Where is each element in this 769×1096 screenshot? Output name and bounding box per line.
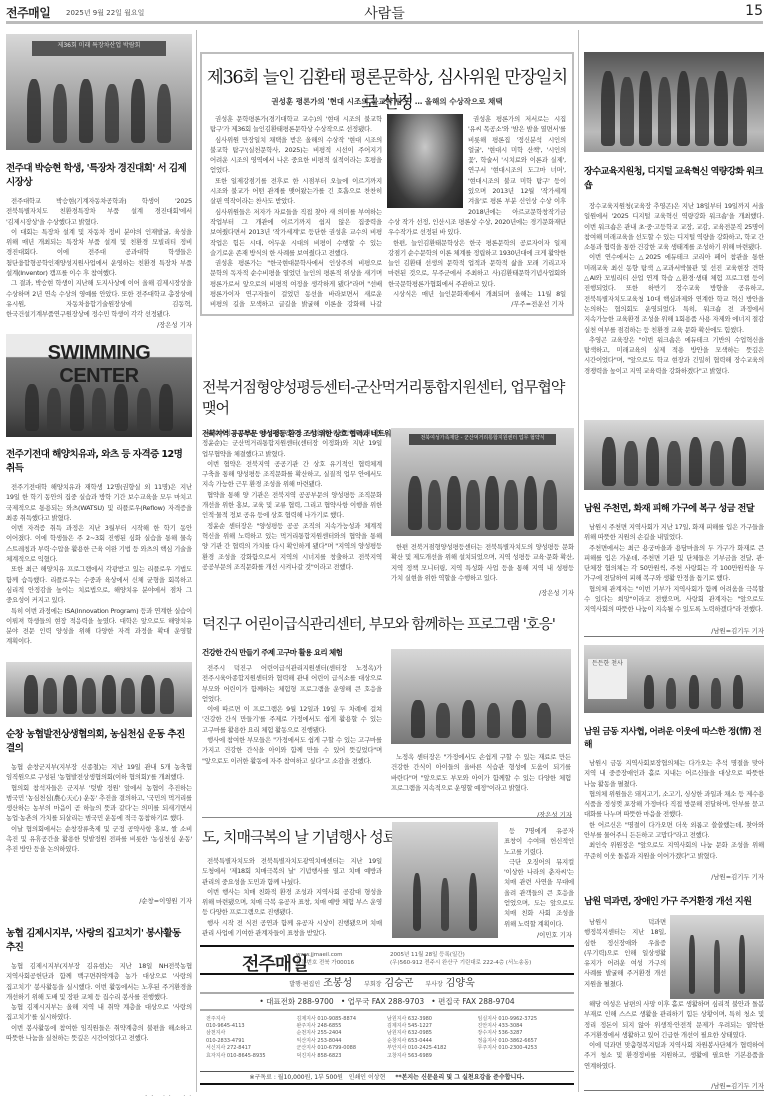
- section-title: 사람들: [6, 3, 763, 23]
- headline: 전주대 박승현 학생, '특장차 경진대회' 서 김제시장상: [6, 160, 192, 188]
- paragraph: 이 대회는 특장차 설계 및 자동차 정비 분야의 인재발굴, 육성을 위해 매…: [6, 227, 192, 278]
- branch-entry: 삼천지사: [206, 1030, 297, 1037]
- article-namwon-deokgwa: 남원 덕과면, 장애인 가구 주거환경 개선 지원 남원시 덕과면 행정복지센터…: [584, 893, 764, 1090]
- photo-people: [21, 384, 177, 430]
- headline: 농협 김제시지부, '사랑의 집고치기' 봉사활동 추진: [6, 925, 192, 953]
- paragraph: 그 결과, 박승현 학생이 지난해 도지사상에 이어 올해 김제시장상을 수상하…: [6, 278, 192, 319]
- byline: /장은성 기자: [6, 320, 192, 329]
- article-body-left: 전북여성가족재단 여성평등연구소 거점형양성평등센터(센터장 정윤순)는 군산먹…: [202, 428, 382, 608]
- article-photo: 든든한 천사: [584, 645, 764, 713]
- article-jangsu-edu: 장수교육지원청, 디지털 교육혁신 역량강화 워크숍 장수교육지원청(교육장 추…: [584, 52, 764, 447]
- article-body-left: 전주시 덕진구 어린이급식관리지원센터(센터장 노정옥)가 전주시육아종합지원센…: [202, 663, 382, 808]
- photo-people: [21, 79, 177, 143]
- paragraph: 등 7명에게 유공자 표창이 수여돼 헌신적인 노고를 기렸다.: [504, 826, 574, 857]
- publisher-label: 발행·편집인: [289, 981, 320, 988]
- byline: /남원=김기두 기자: [584, 1081, 764, 1090]
- photo-people: [406, 476, 560, 530]
- portrait-wrap-spacer: [388, 114, 468, 208]
- byline: /장은성 기자: [539, 588, 574, 597]
- branch-entry: 임실지사 010-9962-3725: [478, 1016, 569, 1023]
- branch-entry: 덕진지사 858-6823: [297, 1053, 388, 1060]
- paragraph: 한편, 늘인김환태문학상은 한국 평론문학의 공로자이자 일제 강점기 순수문학…: [388, 238, 566, 289]
- publisher-name: 조봉성: [323, 978, 352, 989]
- vice-president-label: 부사장: [425, 981, 442, 988]
- page-number: 15: [745, 3, 763, 19]
- headline: 전주기전대 해양치유과, 와츠 등 자격증 12명 취득: [6, 446, 192, 474]
- registration-number: 등록번호 전북 가00016: [296, 960, 354, 966]
- vice-president-name: 김양욱: [446, 978, 475, 989]
- article-gimje-nh: 농협 김제시지부, '사랑의 집고치기' 봉사활동 추진 농협 김제시지부(지부…: [6, 925, 192, 1096]
- paragraph: 이번 행사는 치매 친화적 환경 조성과 지역사회 공감대 형성을 위해 마련됐…: [202, 887, 382, 918]
- branch-column: 임실지사 010-9962-3725 진안지사 433-3084 장수지사 53…: [478, 1016, 569, 1066]
- paragraph: 노정옥 센터장은 "가정에서도 손쉽게 구할 수 있는 재료로 만든 건강한 간…: [391, 752, 571, 793]
- branch-entry: 서신지사 272-8417: [206, 1045, 297, 1052]
- paragraph: 권성훈 평론가는 "한국현대문학사에서 인상주의 비평으로 문학의 독자적 순수…: [210, 258, 382, 310]
- paragraph: 이번 협약은 전북지역 공공기관 간 상호 유기적인 협력체계 구축을 통해 양…: [202, 459, 382, 490]
- article-photo: 전북여성가족재단 - 군산먹거리통합지원센터 업무 협약식: [391, 428, 574, 536]
- paragraph: 추영곤 교육장은 "이번 워크숍은 에듀테크 기반의 수업혁신을 탐색하고, 미…: [584, 335, 764, 376]
- founded-date: 2005년 11월 28일 등록(일간): [390, 952, 465, 958]
- article-dementia-day: 도, 치매극복의 날 기념행사 성료 전북특별자치도와 전북특별자치도광역치매센…: [202, 826, 574, 941]
- paragraph: 이번 자격증 취득 과정은 지난 3월부터 시작해 한 학기 동안 이어졌다. …: [6, 523, 192, 564]
- paragraph: 전북여성가족재단 여성평등연구소 거점형양성평등센터(센터장 정윤순)는 군산먹…: [202, 428, 382, 459]
- branch-entry: 010-2833-4791: [206, 1038, 297, 1045]
- article-body-top: 남원시 덕과면 행정복지센터는 지난 18일, 심한 정신장애와 우울증(무기력…: [584, 917, 666, 999]
- byline: /남원=김기두 기자: [584, 872, 764, 881]
- byline: /남원=김기두 기자: [584, 626, 764, 635]
- photo-people: [679, 935, 754, 994]
- masthead-divider: [6, 21, 763, 24]
- article-photo: [392, 822, 498, 938]
- article-body-left: 권성훈 문학평론가(경기대학교 교수)의 '현대 시조의 불교학 탐구'가 제3…: [210, 114, 382, 310]
- paragraph: 농협 김제시지부는 올해 지역 내 취약 계층을 대상으로 '사랑의 집고치기'…: [6, 1002, 192, 1023]
- branch-entry: 무주지사 010-2300-4253: [478, 1045, 569, 1052]
- section-divider: [202, 817, 572, 818]
- paragraph: 해당 여성은 남편의 사망 이후 홀로 생활하며 심리적 불안과 돌봄 부재로 …: [584, 999, 764, 1040]
- newspaper-imprint: 전주매일 www.jjmaeil.com 등록번호 전북 가00016 2005…: [200, 945, 574, 1087]
- article-body: 해당 여성은 남편의 사망 이후 홀로 생활하며 심리적 불안과 돌봄 부재로 …: [584, 999, 764, 1081]
- paragraph: 행사 시작 전 식전 공연과 함께 유공자 시상이 진행됐으며 치매 관리 사업…: [202, 918, 382, 939]
- photo-banner: 제36회 미래 특장차산업 박람회: [32, 41, 166, 56]
- website-link[interactable]: www.jjmaeil.com: [296, 952, 342, 958]
- column-divider: [196, 30, 197, 1092]
- printer-name: 인쇄인 이상현: [349, 1074, 386, 1081]
- paragraph: 또한 일제강점기를 전후로 한 시점부터 오늘에 이르기까지 시조와 불교가 어…: [210, 176, 382, 207]
- main-phone: • 대표전화 288-9700: [259, 997, 333, 1006]
- editorial-fax: • 편집국 FAX 288-9704: [431, 997, 514, 1006]
- paragraph: 이번 봉사활동에 참여한 임직원들은 취약계층의 불편을 해소하고 따뜻한 나눔…: [6, 1023, 192, 1044]
- paragraph: 최인숙 위원장은 "앞으로도 지역사회의 나눔 문화 조성을 위해 꾸준히 이웃…: [584, 840, 764, 861]
- photo-banner: SWIMMING CENTER: [6, 342, 192, 388]
- article-body-right: 권성훈 평론가의 저서로는 시집 '유씨 목공소'와 '밤은 밤을 열면서'를 …: [388, 114, 566, 298]
- article-body: 농협 순창군지부(지부장 신종철)는 지난 19일 관내 5개 농축협 임직원으…: [6, 762, 192, 896]
- article-jeonju-univ: 제36회 미래 특장차산업 박람회 전주대 박승현 학생, '특장차 경진대회'…: [6, 34, 192, 329]
- byline: /이민호 기자: [537, 930, 572, 939]
- address: (우)560-912 전주시 완산구 기린대로 222-4층 (서노송동): [390, 960, 531, 966]
- subheadline: 권성훈 평론가의 '현대 시조의 불교학 탐구' … 올해의 수상작으로 채택: [202, 96, 572, 107]
- article-body-right: 한편 전북거점형양성평등센터는 전북특별자치도의 양성평등 문화 확산 및 제도…: [391, 542, 574, 583]
- ethics-statement: **본지는 신문윤리 및 그 실천요강을 준수합니다.: [395, 1074, 524, 1081]
- paragraph: 남원시 금동 지역사회보장협의체는 다가오는 추석 명절을 맞아 지역 내 중증…: [584, 758, 764, 789]
- branch-entry: 익산지사 253-8044: [297, 1038, 388, 1045]
- branch-entry: 군산지사 010-6799-0088: [297, 1045, 388, 1052]
- page-masthead: 전주매일 2025년 9월 22일 월요일 사람들 15: [6, 2, 763, 22]
- article-body: 전주대학교 박승현(기계자동차공학과) 학생이 '2025 전북특별자치도 친환…: [6, 196, 192, 320]
- imprint-staff: 발행·편집인조봉성 부회장김승곤 부사장김양욱: [200, 975, 574, 992]
- photo-people: [598, 437, 749, 486]
- imprint-web-block: www.jjmaeil.com 등록번호 전북 가00016: [296, 951, 354, 967]
- imprint-reg-block: 2005년 11월 28일 등록(일간) (우)560-912 전주시 완산구 …: [390, 951, 531, 967]
- imprint-footer: ※구독료 : 월10,000원, 1부 500원 인쇄인 이상현 **본지는 신…: [200, 1072, 574, 1083]
- article-photo: [584, 420, 764, 490]
- paragraph: 농협 김제시지부(지부장 김유현)는 지난 18일 NH전북농협 지역사회공헌단…: [6, 961, 192, 1002]
- article-body: 남원시 금동 지역사회보장협의체는 다가오는 추석 명절을 맞아 지역 내 중증…: [584, 758, 764, 872]
- branch-column: 김제지사 010-9085-8874 완주지사 248-6855 순천지사 25…: [297, 1016, 388, 1066]
- section-divider: [584, 636, 764, 637]
- headline: 장수교육지원청, 디지털 교육혁신 역량강화 워크숍: [584, 163, 764, 191]
- article-sunchang-nh: 순창 농협발전상생협의회, 농심천심 운동 추진 결의 농협 순창군지부(지부장…: [6, 700, 192, 905]
- photo-banner: 전북여성가족재단 - 군산먹거리통합지원센터 업무 협약식: [409, 434, 555, 445]
- paragraph: 농협 순창군지부(지부장 신종철)는 지난 19일 관내 5개 농축협 임직원으…: [6, 762, 192, 783]
- paragraph: 심사위원들은 저자가 자료들을 직접 찾아 새 의미를 부여하는 작업부터 그 …: [210, 207, 382, 258]
- paragraph: 시상식은 매년 늘인문화제에서 개최되며 올해는 11월 8일 전통생활문화체험…: [388, 289, 566, 298]
- article-nuein-award: 제36회 늘인 김환태 평론문학상, 심사위원 만장일치로 선정 권성훈 평론가…: [200, 52, 574, 316]
- paragraph: 한편 전북거점형양성평등센터는 전북특별자치도의 양성평등 문화 확산 및 제도…: [391, 542, 574, 583]
- article-deokjin-center: 덕진구 어린이급식관리센터, 부모와 함께하는 프로그램 '호응' 건강한 간식…: [202, 613, 574, 658]
- article-photo: [670, 915, 764, 999]
- branch-entry: 순천지사 255-2404: [297, 1030, 388, 1037]
- paragraph: 전주대학교 박승현(기계자동차공학과) 학생이 '2025 전북특별자치도 친환…: [6, 196, 192, 227]
- paragraph: 이날 협의회에서는 순창장류축제 및 군정 공약사항 홍보, 쌀 소비 촉진 및…: [6, 824, 192, 855]
- article-photo: [391, 649, 571, 744]
- branch-column: 남원지사 632-3980 김제지사 545-1227 남원지사 632-098…: [387, 1016, 478, 1066]
- photo-banner: 든든한 천사: [588, 659, 628, 700]
- paragraph: 특히 이번 과정에는 ISA(Innovation Program) 등과 연계…: [6, 606, 192, 647]
- paragraph: 협의체 관계자는 "이번 기부가 지역사회가 함께 어려움을 극복할 수 있다는…: [584, 584, 764, 615]
- branch-entry: 남원지사 632-0985: [387, 1030, 478, 1037]
- branch-directory: 전주지사 010-9645-4113 삼천지사 010-2833-4791 서신…: [200, 1011, 574, 1071]
- photo-people: [405, 700, 556, 738]
- section-divider: [584, 1090, 764, 1091]
- paragraph: 정윤순 센터장은 "양성평등 공공 조직의 지속가능성과 체계적 혁신을 위해 …: [202, 521, 382, 572]
- paragraph: 행사에 참여한 부모들은 "가정에서도 쉽게 구할 수 있는 고구마를 가지고 …: [202, 735, 382, 766]
- imprint-bottom-rule: [200, 1083, 574, 1085]
- article-body: 농협 김제시지부(지부장 김유현)는 지난 18일 NH전북농협 지역사회공헌단…: [6, 961, 192, 1094]
- imprint-phones: • 대표전화 288-9700 • 업무국 FAX 288-9703 • 편집국…: [200, 994, 574, 1009]
- photo-people: [21, 675, 177, 714]
- vice-chair-name: 김승곤: [384, 978, 413, 989]
- branch-column: 전주지사 010-9645-4113 삼천지사 010-2833-4791 서신…: [206, 1016, 297, 1066]
- paragraph: 남원시 주천면 지역사회가 지난 17일, 화재 피해를 입은 가구들을 위해 …: [584, 522, 764, 543]
- byline: /순창=이영원 기자: [6, 896, 192, 905]
- paragraph: 전주시 덕진구 어린이급식관리지원센터(센터장 노정옥)가 전주시육아종합지원센…: [202, 663, 382, 704]
- photo-people: [403, 873, 488, 931]
- article-body: 남원시 주천면 지역사회가 지난 17일, 화재 피해를 입은 가구들을 위해 …: [584, 522, 764, 626]
- headline: 남원 덕과면, 장애인 가구 주거환경 개선 지원: [584, 893, 764, 907]
- article-body-right: 노정옥 센터장은 "가정에서도 손쉽게 구할 수 있는 재료로 만든 건강한 간…: [391, 752, 571, 793]
- paragraph: 협의체 위원들은 돼지고기, 소고기, 싱싱한 과일과 채소 등 제수용 식품을…: [584, 789, 764, 820]
- paragraph: 협약을 통해 양 기관은 전북지역 공공부문의 양성평등 조직문화 개선을 위한…: [202, 490, 382, 521]
- business-fax: • 업무국 FAX 288-9703: [341, 997, 424, 1006]
- subscription-fee: ※구독료 : 월10,000원, 1부 500원: [250, 1074, 343, 1081]
- branch-entry: 정읍지사 010-3862-6657: [478, 1038, 569, 1045]
- branch-entry: 고창지사 563-6989: [387, 1053, 478, 1060]
- column-divider: [578, 30, 579, 1092]
- paragraph: 이에 덕과면 맞춤형복지팀과 지역사회 자원봉사단체가 협력하여 주거 청소 및…: [584, 1040, 764, 1071]
- paragraph: 주천면에서는 최근 용궁마을과 용담마을의 두 가구가 화재로 큰 피해를 입은…: [584, 543, 764, 584]
- paragraph: 또한 최근 해양치유 프로그램에서 각광받고 있는 리플로우 기법도 함께 습득…: [6, 564, 192, 605]
- paragraph: 극단 오징어의 뮤지컬 '이상한 나라의 춘자씨'는 치매 관련 사연을 무대에…: [504, 857, 574, 929]
- headline: 남원 주천면, 화재 피해 가구에 복구 성금 전달: [584, 500, 764, 514]
- branch-entry: 김제지사 010-9085-8874: [297, 1016, 388, 1023]
- photo-people: [638, 675, 750, 709]
- branch-entry: 장수지사 536-3287: [478, 1030, 569, 1037]
- paragraph: 협의회 참석자들은 군지부 '텃밭 정원' 앞에서 농협이 추진하는 범국민 '…: [6, 783, 192, 824]
- paragraph: 권성훈 문학평론가(경기대학교 교수)의 '현대 시조의 불교학 탐구'가 제3…: [210, 114, 382, 135]
- article-body-left: 전북특별자치도와 전북특별자치도광역치매센터는 지난 19일 도청에서 '제18…: [202, 856, 382, 941]
- paragraph: 이번 연수에서는 △2025 에듀테크 코리아 페어 참관을 통한 미래교육 최…: [584, 252, 764, 334]
- article-photo: [584, 52, 764, 152]
- article-gender-equality: 전북거점형양성평등센터-군산먹거리통합지원센터, 업무협약 맺어 전북지역 공공…: [202, 376, 574, 439]
- byline: /무주=전운선 기자: [511, 299, 564, 308]
- headline: 전북거점형양성평등센터-군산먹거리통합지원센터, 업무협약 맺어: [202, 376, 574, 418]
- branch-entry: 순창지사 653-0444: [387, 1038, 478, 1045]
- headline: 남원 금동 지사협, 어려운 이웃에 따스한 정(情) 전해: [584, 724, 764, 750]
- article-namwon-geumdong: 든든한 천사 남원 금동 지사협, 어려운 이웃에 따스한 정(情) 전해 남원…: [584, 645, 764, 881]
- article-photo: 제36회 미래 특장차산업 박람회: [6, 34, 192, 150]
- vice-chair-label: 부회장: [364, 981, 381, 988]
- photo-people: [598, 71, 749, 146]
- article-body: 장수교육지원청(교육장 추영곤)은 지난 18일부터 19일까지 서울 일원에서…: [584, 201, 764, 438]
- paragraph: 이에 따르면 이 프로그램은 9월 12일과 19일 두 차례에 걸쳐 '건강한…: [202, 704, 382, 735]
- paragraph: 심사위원 만장일치 채택을 받은 올해의 수상작 '현대 시조의 불교학 탐구'…: [210, 135, 382, 176]
- headline: 덕진구 어린이급식관리센터, 부모와 함께하는 프로그램 '호응': [202, 613, 574, 634]
- paragraph: 전북특별자치도와 전북특별자치도광역치매센터는 지난 19일 도청에서 '제18…: [202, 856, 382, 887]
- article-photo: SWIMMING CENTER: [6, 334, 192, 437]
- branch-entry: 남원지사 632-3980: [387, 1016, 478, 1023]
- paragraph: 전주기전대학 해양치유과 재학생 12명(권향실 외 11명)은 지난 19일 …: [6, 482, 192, 523]
- imprint-brand-row: 전주매일 www.jjmaeil.com 등록번호 전북 가00016 2005…: [200, 947, 574, 973]
- branch-entry: 전주지사: [206, 1016, 297, 1023]
- branch-entry: 부안지사 010-2425-4182: [387, 1045, 478, 1052]
- headline: 순창 농협발전상생협의회, 농심천심 운동 추진 결의: [6, 726, 192, 754]
- paragraph: 한 어르신은 "명절이 다가오면 더욱 외롭고 쓸쓸했는데, 찾아와 안부를 물…: [584, 820, 764, 841]
- branch-entry: 효자지사 010-8645-8935: [206, 1053, 297, 1060]
- article-photo: [6, 662, 192, 717]
- paragraph: 남원시 덕과면 행정복지센터는 지난 18일, 심한 정신장애와 우울증(무기력…: [584, 917, 666, 989]
- article-namwon-jucheon: 남원 주천면, 화재 피해 가구에 복구 성금 전달 남원시 주천면 지역사회가…: [584, 420, 764, 635]
- article-body-right: 등 7명에게 유공자 표창이 수여돼 헌신적인 노고를 기렸다. 극단 오징어의…: [504, 826, 574, 936]
- paragraph: 장수교육지원청(교육장 추영곤)은 지난 18일부터 19일까지 서울 일원에서…: [584, 201, 764, 252]
